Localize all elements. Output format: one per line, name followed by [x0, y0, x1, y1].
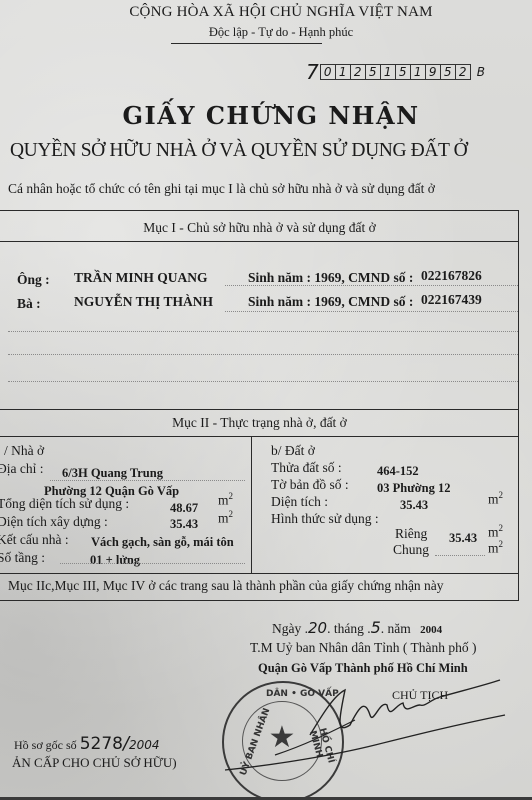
section1-divider [0, 241, 519, 242]
copy-note: ẢN CẤP CHO CHỦ SỞ HỮU) [12, 755, 177, 771]
land-area-unit: m2 [488, 490, 503, 508]
total-area-label: Tổng diện tích sử dụng : [0, 496, 129, 512]
unit-exponent: 2 [499, 490, 504, 500]
dotted-line [8, 331, 518, 332]
intro-text: Cá nhân hoặc tổ chức có tên ghi tại mục … [8, 181, 435, 197]
unit: m [218, 511, 229, 526]
structure-value: Vách gạch, sàn gỗ, mái tôn [91, 535, 234, 550]
date-day: 20 [308, 619, 327, 637]
section2-heading: Mục II - Thực trạng nhà ở, đất ở [0, 415, 519, 431]
unit-exponent: 2 [499, 523, 504, 533]
owner-birth-label: Sinh năm : 1969, CMND số : [248, 294, 413, 310]
plot-value: 464-152 [377, 464, 419, 479]
dotted-line [8, 354, 518, 355]
owner-id: 022167826 [421, 268, 482, 284]
serial-prefix: 7 [306, 60, 319, 84]
unit-exponent: 2 [499, 539, 504, 549]
unit: m [218, 493, 229, 508]
motto-underline [171, 43, 322, 44]
authority-line2: Quận Gò Vấp Thành phố Hồ Chí Minh [258, 661, 468, 676]
dotted-line [435, 555, 485, 556]
dotted-line [225, 311, 518, 312]
serial-digit: 0 [320, 64, 336, 80]
serial-digit: 2 [350, 64, 366, 80]
owner-title: Bà : [17, 296, 41, 312]
year-label: . năm [381, 621, 411, 636]
use-form-label: Hình thức sử dụng : [271, 511, 379, 527]
shared-unit: m2 [488, 539, 503, 557]
address-label: Địa chỉ : [0, 461, 44, 477]
owner-name: TRẦN MINH QUANG [74, 270, 208, 286]
issue-date: Ngày .20. tháng .5. năm 2004 [272, 618, 442, 637]
nation-heading: CỘNG HÒA XÃ HỘI CHỦ NGHĨA VIỆT NAM [0, 4, 532, 21]
sections-note: Mục IIc,Mục III, Mục IV ở các trang sau … [8, 578, 444, 594]
section2-top-line [0, 409, 519, 410]
date-year: 2004 [420, 624, 442, 636]
owner-name: NGUYỄN THỊ THÀNH [74, 294, 213, 310]
motto: Độc lập - Tự do - Hạnh phúc [0, 25, 532, 40]
frame-right-line [518, 210, 519, 600]
dotted-line [60, 563, 245, 564]
unit: m [488, 492, 499, 507]
owner-title: Ông : [17, 272, 50, 288]
map-value: 03 Phường 12 [377, 481, 450, 496]
floors-label: Số tầng : [0, 550, 45, 566]
signature-scribble [215, 675, 515, 775]
frame-top-line [0, 210, 519, 211]
record-label: Hồ sơ gốc số [14, 738, 77, 752]
serial-suffix: B [477, 65, 485, 79]
column-divider [251, 436, 252, 573]
private-value: 35.43 [449, 531, 477, 546]
dotted-line [225, 285, 518, 286]
serial-digit: 1 [335, 64, 351, 80]
serial-digit: 2 [455, 64, 471, 80]
built-area-value: 35.43 [170, 517, 198, 532]
certificate-page: CỘNG HÒA XÃ HỘI CHỦ NGHĨA VIỆT NAM Độc l… [0, 0, 532, 800]
land-area-value: 35.43 [400, 498, 428, 513]
month-label: . tháng . [327, 621, 371, 636]
date-month: 5 [371, 618, 381, 637]
footnote-top-line [0, 573, 519, 574]
document-subtitle: QUYỀN SỞ HỮU NHÀ Ở VÀ QUYỀN SỬ DỤNG ĐẤT … [10, 140, 467, 162]
serial-number: 7 0 1 2 5 1 5 1 9 5 2 B [306, 62, 485, 82]
house-heading: / Nhà ở [4, 443, 44, 459]
serial-digit: 1 [380, 64, 396, 80]
private-label: Riêng [395, 526, 427, 542]
structure-label: Kết cấu nhà : [0, 532, 69, 548]
total-area-unit: m2 [218, 491, 233, 509]
unit: m [488, 541, 499, 556]
land-area-label: Diện tích : [271, 494, 328, 510]
record-year: 2004 [129, 738, 160, 752]
date-prefix: Ngày . [272, 621, 308, 636]
dotted-line [50, 480, 245, 481]
serial-digit: 5 [395, 64, 411, 80]
address-line1: 6/3H Quang Trung [62, 466, 163, 481]
serial-digit: 9 [425, 64, 441, 80]
floors-value: 01 + lửng [90, 553, 140, 568]
shared-label: Chung [393, 542, 429, 558]
plot-label: Thửa đất số : [271, 460, 342, 476]
land-heading: b/ Đất ở [271, 443, 315, 459]
map-label: Tờ bản đồ số : [271, 477, 349, 493]
record-value: 5278 [80, 734, 123, 754]
private-unit: m2 [488, 523, 503, 541]
built-area-label: Diện tích xây dựng : [0, 514, 108, 530]
serial-digit: 1 [410, 64, 426, 80]
owner-birth-label: Sinh năm : 1969, CMND số : [248, 270, 413, 286]
authority-line1: T.M Uỷ ban Nhân dân Tỉnh ( Thành phố ) [250, 640, 476, 656]
owner-id: 022167439 [421, 292, 482, 308]
unit-exponent: 2 [229, 491, 234, 501]
unit-exponent: 2 [229, 509, 234, 519]
section1-heading: Mục I - Chủ sở hữu nhà ở và sử dụng đất … [0, 220, 519, 236]
dotted-line [8, 381, 518, 382]
total-area-value: 48.67 [170, 501, 198, 516]
serial-digit: 5 [365, 64, 381, 80]
document-title: GIẤY CHỨNG NHẬN [0, 101, 532, 130]
serial-digit: 5 [440, 64, 456, 80]
footnote-bottom-line [0, 600, 519, 601]
built-area-unit: m2 [218, 509, 233, 527]
section2-divider [0, 436, 519, 437]
unit: m [488, 525, 499, 540]
record-number: Hồ sơ gốc số 5278/2004 [14, 733, 160, 754]
